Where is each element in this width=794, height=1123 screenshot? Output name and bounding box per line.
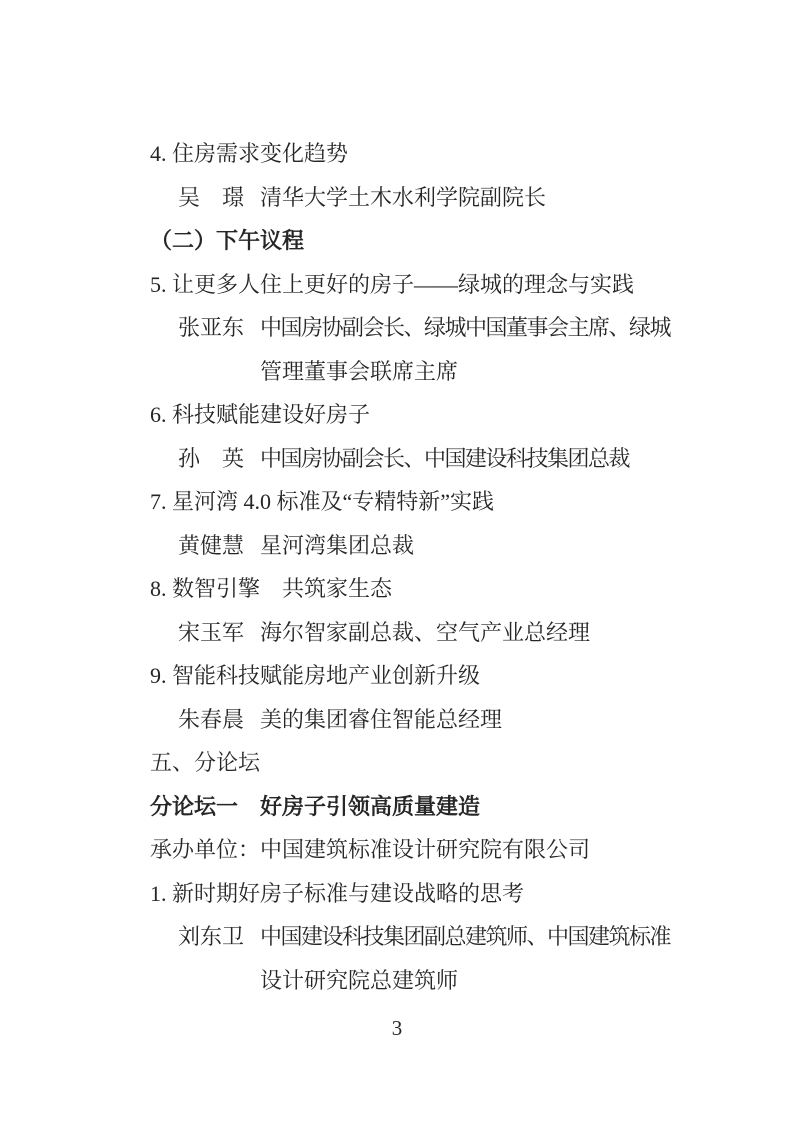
agenda-speaker-row: 孙 英中国房协副会长、中国建设科技集团总裁 [150, 437, 670, 481]
speaker-name: 朱春晨 [178, 698, 260, 742]
speaker-org-line: 中国房协副会长、绿城中国董事会主席、绿城 [260, 306, 670, 350]
speaker-org-line: 管理董事会联席主席 [260, 350, 670, 394]
agenda-topic: 9. 智能科技赋能房地产业创新升级 [150, 654, 670, 698]
speaker-org: 海尔智家副总裁、空气产业总经理 [260, 611, 670, 655]
agenda-topic: 7. 星河湾 4.0 标准及“专精特新”实践 [150, 480, 670, 524]
agenda-organizer: 承办单位：中国建筑标准设计研究院有限公司 [150, 828, 670, 872]
speaker-org: 清华大学土木水利学院副院长 [260, 176, 670, 220]
speaker-org: 美的集团睿住智能总经理 [260, 698, 670, 742]
agenda-speaker-row: 吴 璟清华大学土木水利学院副院长 [150, 176, 670, 220]
speaker-org: 中国房协副会长、绿城中国董事会主席、绿城管理董事会联席主席 [260, 306, 670, 393]
agenda-topic: 1. 新时期好房子标准与建设战略的思考 [150, 872, 670, 916]
agenda-topic: 5. 让更多人住上更好的房子——绿城的理念与实践 [150, 263, 670, 307]
agenda-speaker-row: 黄健慧星河湾集团总裁 [150, 524, 670, 568]
speaker-name: 黄健慧 [178, 524, 260, 568]
speaker-org-line: 设计研究院总建筑师 [260, 959, 670, 1003]
agenda-speaker-row: 张亚东中国房协副会长、绿城中国董事会主席、绿城管理董事会联席主席 [150, 306, 670, 393]
document-page: 4. 住房需求变化趋势吴 璟清华大学土木水利学院副院长（二）下午议程5. 让更多… [0, 0, 794, 1123]
agenda-subsection-heading: 分论坛一 好房子引领高质量建造 [150, 785, 670, 829]
speaker-org: 中国房协副会长、中国建设科技集团总裁 [260, 437, 670, 481]
agenda-topic: 8. 数智引擎 共筑家生态 [150, 567, 670, 611]
speaker-org-line: 星河湾集团总裁 [260, 524, 670, 568]
agenda-speaker-row: 宋玉军海尔智家副总裁、空气产业总经理 [150, 611, 670, 655]
speaker-name: 宋玉军 [178, 611, 260, 655]
agenda-topic: 6. 科技赋能建设好房子 [150, 393, 670, 437]
speaker-org-line: 美的集团睿住智能总经理 [260, 698, 670, 742]
speaker-org-line: 中国房协副会长、中国建设科技集团总裁 [260, 437, 670, 481]
speaker-name: 张亚东 [178, 306, 260, 350]
agenda-subsection-heading: （二）下午议程 [150, 219, 670, 263]
speaker-org-line: 海尔智家副总裁、空气产业总经理 [260, 611, 670, 655]
speaker-name: 吴 璟 [178, 176, 260, 220]
speaker-org: 星河湾集团总裁 [260, 524, 670, 568]
page-number: 3 [0, 1012, 794, 1044]
speaker-name: 孙 英 [178, 437, 260, 481]
agenda-section-heading: 五、分论坛 [150, 741, 670, 785]
speaker-org-line: 清华大学土木水利学院副院长 [260, 176, 670, 220]
agenda-topic: 4. 住房需求变化趋势 [150, 132, 670, 176]
agenda-list: 4. 住房需求变化趋势吴 璟清华大学土木水利学院副院长（二）下午议程5. 让更多… [150, 132, 670, 1002]
speaker-name: 刘东卫 [178, 915, 260, 959]
agenda-speaker-row: 朱春晨美的集团睿住智能总经理 [150, 698, 670, 742]
speaker-org: 中国建设科技集团副总建筑师、中国建筑标准设计研究院总建筑师 [260, 915, 670, 1002]
agenda-speaker-row: 刘东卫中国建设科技集团副总建筑师、中国建筑标准设计研究院总建筑师 [150, 915, 670, 1002]
speaker-org-line: 中国建设科技集团副总建筑师、中国建筑标准 [260, 915, 670, 959]
